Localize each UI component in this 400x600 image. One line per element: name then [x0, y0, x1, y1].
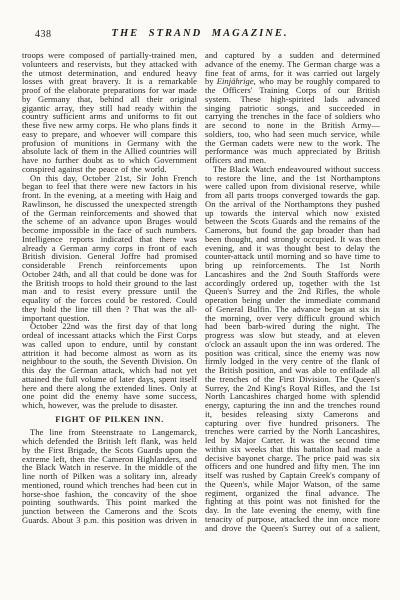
right-column: and captured by a sudden and determined …: [205, 51, 380, 532]
text-block: troops were composed of partially-traine…: [22, 51, 380, 532]
page-header: 438 THE STRAND MAGAZINE.: [0, 28, 400, 42]
paragraph: The Black Watch endeavoured without succ…: [205, 165, 380, 533]
paragraph: October 22nd was the first day of that l…: [22, 322, 197, 410]
paragraph: The line from Steenstraate to Langemarck…: [22, 428, 197, 524]
paragraph-continuation: and captured by a sudden and determined …: [205, 51, 380, 165]
paragraph-text: , who may be roughly compared to the Off…: [205, 76, 380, 165]
paragraph: On this day, October 21st, Sir John Fren…: [22, 174, 197, 323]
left-column: troops were composed of partially-traine…: [22, 51, 197, 532]
running-title: THE STRAND MAGAZINE.: [0, 28, 400, 39]
magazine-page: 438 THE STRAND MAGAZINE. troops were com…: [0, 0, 400, 600]
paragraph-continuation: troops were composed of partially-traine…: [22, 51, 197, 174]
section-heading: FIGHT OF PILKEN INN.: [22, 415, 197, 425]
